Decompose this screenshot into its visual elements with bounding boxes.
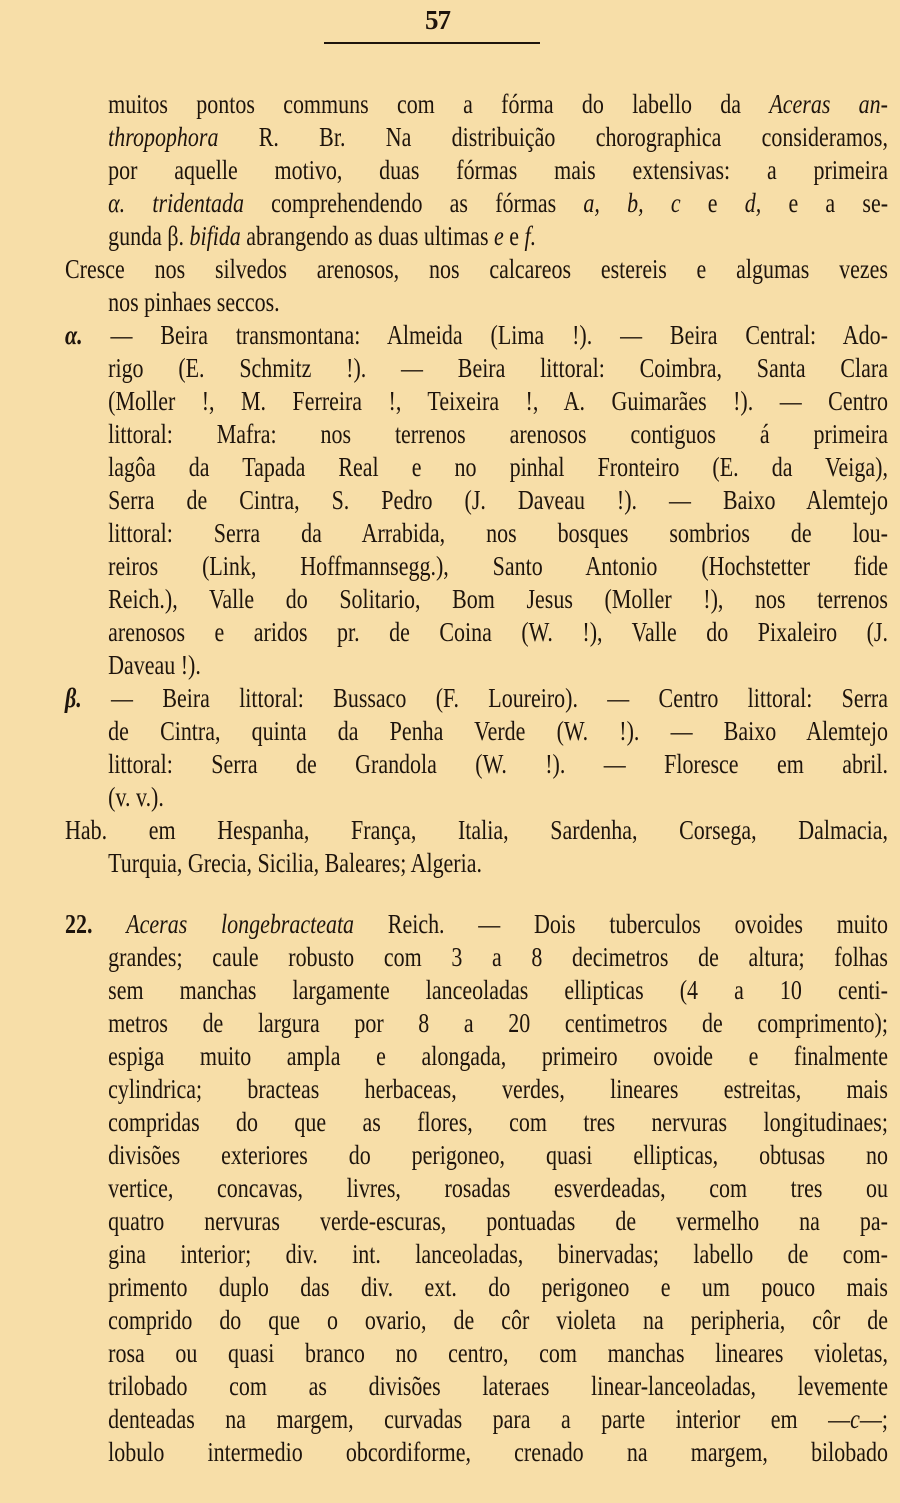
paragraph-beta-localities: β. — Beira littoral: Bussaco (F. Loureir…	[65, 681, 888, 813]
text-line: arenosos e aridos pr. de Coina (W. !), V…	[65, 615, 888, 648]
text-line: nos pinhaes seccos.	[65, 285, 888, 318]
text-line: Reich.), Valle do Solitario, Bom Jesus (…	[65, 582, 888, 615]
text-line: lagôa da Tapada Real e no pinhal Frontei…	[65, 450, 888, 483]
text-line: thropophora R. Br. Na distribuição choro…	[65, 120, 888, 153]
text-line: rosa ou quasi branco no centro, com manc…	[65, 1336, 888, 1369]
text-line: Hab. em Hespanha, França, Italia, Sarden…	[65, 813, 888, 846]
text-line: littoral: Mafra: nos terrenos arenosos c…	[65, 417, 888, 450]
text-line: β. — Beira littoral: Bussaco (F. Loureir…	[65, 681, 888, 714]
text-line: quatro nervuras verde-escuras, pontuadas…	[65, 1204, 888, 1237]
text-line: gunda β. bifida abrangendo as duas ultim…	[65, 219, 888, 252]
text-line: compridas do que as flores, com tres ner…	[65, 1105, 888, 1138]
text-line: littoral: Serra da Arrabida, nos bosques…	[65, 516, 888, 549]
header-rule	[324, 42, 540, 44]
paragraph-continuation: muitos pontos communs com a fórma do lab…	[65, 87, 888, 252]
text-line: muitos pontos communs com a fórma do lab…	[65, 87, 888, 120]
text-line: grandes; caule robusto com 3 a 8 decimet…	[65, 940, 888, 973]
species-name: Aceras longebracteata	[126, 908, 354, 939]
text-line: divisões exteriores do perigoneo, quasi …	[65, 1138, 888, 1171]
body-text: muitos pontos communs com a fórma do lab…	[65, 87, 888, 1468]
text-line: por aquelle motivo, duas fórmas mais ext…	[65, 153, 888, 186]
text-line: lobulo intermedio obcordiforme, crenado …	[65, 1435, 888, 1468]
text-line: Daveau !).	[65, 648, 888, 681]
text-line: Cresce nos silvedos arenosos, nos calcar…	[65, 252, 888, 285]
text-line: reiros (Link, Hoffmannsegg.), Santo Anto…	[65, 549, 888, 582]
page-number: 57	[0, 0, 875, 40]
text-line: (v. v.).	[65, 780, 888, 813]
text-line: sem manchas largamente lanceoladas ellip…	[65, 973, 888, 1006]
text-line: Serra de Cintra, S. Pedro (J. Daveau !).…	[65, 483, 888, 516]
alpha-marker: α.	[65, 319, 83, 350]
text-line: primento duplo das div. ext. do perigone…	[65, 1270, 888, 1303]
text-line: rigo (E. Schmitz !). — Beira littoral: C…	[65, 351, 888, 384]
text-line: metros de largura por 8 a 20 centimetros…	[65, 1006, 888, 1039]
text-line: gina interior; div. int. lanceoladas, bi…	[65, 1237, 888, 1270]
text-line: vertice, concavas, livres, rosadas esver…	[65, 1171, 888, 1204]
paragraph-distribution: Hab. em Hespanha, França, Italia, Sarden…	[65, 813, 888, 879]
text-line: trilobado com as divisões lateraes linea…	[65, 1369, 888, 1402]
text-line: α. tridentada comprehendendo as fórmas a…	[65, 186, 888, 219]
paragraph-habitat-growth: Cresce nos silvedos arenosos, nos calcar…	[65, 252, 888, 318]
text-line: (Moller !, M. Ferreira !, Teixeira !, A.…	[65, 384, 888, 417]
text-line: de Cintra, quinta da Penha Verde (W. !).…	[65, 714, 888, 747]
paragraph-alpha-localities: α. — Beira transmontana: Almeida (Lima !…	[65, 318, 888, 681]
beta-marker: β.	[65, 682, 82, 713]
text-line: α. — Beira transmontana: Almeida (Lima !…	[65, 318, 888, 351]
text-line: comprido do que o ovario, de côr violeta…	[65, 1303, 888, 1336]
text-line: cylindrica; bracteas herbaceas, verdes, …	[65, 1072, 888, 1105]
species-number: 22.	[65, 908, 92, 939]
text-line: denteadas na margem, curvadas para a par…	[65, 1402, 888, 1435]
text-line: littoral: Serra de Grandola (W. !). — Fl…	[65, 747, 888, 780]
paragraph-species-22: 22. Aceras longebracteata Reich. — Dois …	[65, 907, 888, 1468]
text-line: Turquia, Grecia, Sicilia, Baleares; Alge…	[65, 846, 888, 879]
text-line: 22. Aceras longebracteata Reich. — Dois …	[65, 907, 888, 940]
text-line: espiga muito ampla e alongada, primeiro …	[65, 1039, 888, 1072]
section-gap	[65, 879, 888, 907]
